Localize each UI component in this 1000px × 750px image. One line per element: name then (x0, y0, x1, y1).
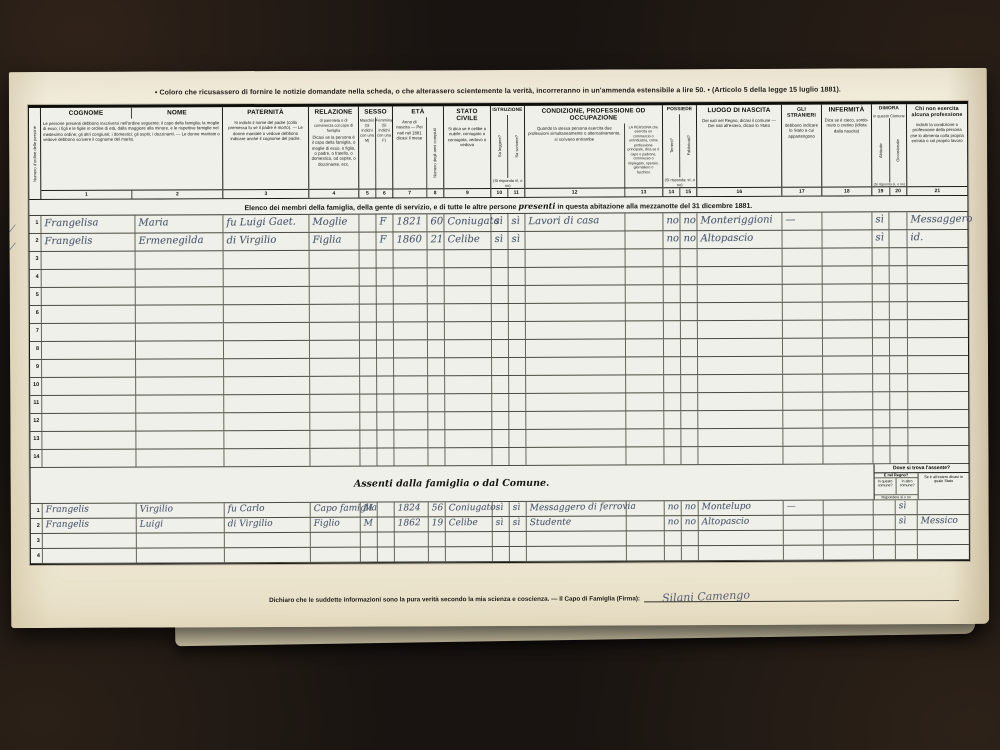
cell (310, 377, 360, 394)
cell (908, 302, 968, 319)
luogo-nascita-note: Dei nati nel Regno, dicasi il comune — D… (697, 116, 781, 187)
handwritten-entry: Lavori di casa (528, 215, 599, 227)
cell: — (784, 501, 824, 515)
cell (908, 374, 968, 391)
cell (394, 412, 428, 429)
colnum-7: 7 (393, 189, 427, 197)
cell (822, 212, 872, 229)
handwritten-entry: F (379, 216, 386, 227)
handwritten-entry: sì (513, 518, 521, 528)
row-number: 1 (35, 220, 38, 226)
row-number: 2 (35, 238, 38, 244)
cell: 12 (30, 414, 42, 431)
cell (136, 431, 224, 448)
cell: 10 (30, 378, 42, 395)
cell (360, 449, 377, 466)
handwritten-entry: 1860 (396, 234, 422, 245)
row-number: 1 (37, 508, 40, 514)
declaration-line: Dichiaro che le suddette informazioni so… (269, 587, 959, 604)
cell (310, 251, 360, 268)
colnum-15: 15 (680, 188, 696, 196)
occasionale-label: Occasionale (895, 139, 900, 162)
colnum-17: 17 (782, 188, 821, 196)
colnum-3: 3 (223, 190, 308, 198)
cell (874, 500, 896, 514)
cell (890, 302, 908, 319)
cell (873, 266, 890, 283)
nome-title: NOME (132, 107, 222, 118)
cell (783, 393, 823, 410)
cell (527, 531, 627, 545)
col-istruzione: ISTRUZIONE Sa leggere? Sa scrivere? (Si … (491, 106, 525, 197)
cell (908, 266, 968, 283)
col-relazione: RELAZIONE di parentela o di convivenza c… (309, 107, 359, 198)
cell: no (682, 516, 699, 530)
paternita-title: PATERNITÀ (223, 107, 308, 118)
cell (526, 267, 626, 284)
cell (665, 546, 682, 560)
cell (42, 306, 136, 323)
cell (377, 394, 394, 411)
cell (626, 267, 664, 284)
istruzione-note: (Si risponda sì, o no) (491, 178, 524, 188)
handwritten-entry: sì (496, 503, 504, 513)
handwritten-entry: no (668, 517, 679, 527)
cell: sì (872, 212, 889, 229)
cell (359, 215, 376, 232)
cell (873, 374, 890, 391)
cell (627, 516, 665, 530)
cell (890, 392, 908, 409)
cell: 21 (427, 232, 444, 249)
cell (908, 338, 968, 355)
cell: no (680, 231, 697, 248)
where-is-absentee-box: Dove si trova l'assente? È nel Regno? in… (874, 464, 969, 499)
row-number: 7 (36, 328, 39, 334)
col-numero-ordine: Numero d'ordine delle persone (29, 108, 41, 199)
cell (823, 266, 873, 283)
handwritten-entry: Messaggero (910, 214, 972, 226)
handwritten-entry: sì (899, 516, 907, 526)
cell (310, 341, 360, 358)
cell (698, 321, 783, 338)
handwritten-entry: sì (494, 216, 503, 227)
cell (310, 359, 360, 376)
cell (873, 392, 890, 409)
cell (682, 531, 699, 545)
cell (377, 412, 394, 429)
cell (681, 267, 698, 284)
cell (626, 303, 664, 320)
cell (890, 284, 908, 301)
cell (42, 414, 136, 431)
cell (446, 532, 493, 546)
cell (310, 431, 360, 448)
cell (699, 531, 784, 545)
cell (783, 303, 823, 320)
caption-pre: Elenco dei membri della famiglia, della … (244, 204, 516, 212)
cell: Coniugata (444, 214, 491, 231)
cell: sì (896, 500, 918, 514)
cell: sì (508, 232, 525, 249)
handwritten-entry: sì (875, 214, 884, 225)
cell (698, 339, 783, 356)
cell (664, 321, 681, 338)
cell (698, 393, 783, 410)
cell (626, 375, 664, 392)
cell: Figlia (309, 233, 359, 250)
handwritten-entry: Messico (921, 516, 958, 527)
cell (445, 340, 492, 357)
cell (664, 267, 681, 284)
cell: Virgilio (137, 503, 225, 517)
cell: 3 (30, 252, 42, 269)
row-number: 9 (36, 364, 39, 370)
cell (445, 358, 492, 375)
cell (509, 304, 526, 321)
handwritten-entry: Frangelisa (44, 217, 98, 229)
cell (664, 375, 681, 392)
estero-label: Se è all'estero dicasi in quale Stato (919, 473, 969, 499)
cell (783, 249, 823, 266)
cell (908, 248, 968, 265)
row-number: 13 (33, 436, 39, 442)
cell (445, 412, 492, 429)
cell (137, 533, 225, 547)
cell (784, 546, 824, 560)
table-row: 4 (31, 545, 969, 564)
col-possiede: POSSIEDE Terreni? Fabbricati? (Si rispon… (663, 105, 697, 196)
cell (360, 341, 377, 358)
handwritten-entry: sì (511, 216, 520, 227)
col-stato-civile: STATO CIVILE Si dica se è celibe o nubil… (444, 106, 491, 197)
cell (626, 285, 664, 302)
cell (873, 338, 890, 355)
cell (509, 412, 526, 429)
cell (492, 376, 509, 393)
abituale-label: Abituale (878, 143, 883, 158)
cell (890, 248, 908, 265)
cell (377, 340, 394, 357)
pen-mark: ⁄ (11, 224, 13, 235)
colnum-18: 18 (822, 187, 871, 195)
cell (698, 267, 783, 284)
handwritten-entry: F (379, 234, 386, 245)
cell (394, 376, 428, 393)
cell (361, 548, 378, 562)
terreni-label: Terreni? (669, 138, 674, 153)
cell (509, 268, 526, 285)
handwritten-entry: sì (875, 232, 884, 243)
possiede-note: (Si risponda: sì, o no) (663, 177, 696, 187)
relazione-title: RELAZIONE (309, 107, 358, 118)
cell: 19 (429, 517, 446, 531)
cell (394, 448, 428, 465)
cell (445, 448, 492, 465)
colnum-21: 21 (907, 187, 967, 195)
handwritten-entry: M (364, 504, 373, 514)
cell (890, 266, 908, 283)
dimora-title: DIMORA (872, 104, 906, 113)
handwritten-entry: Studente (530, 517, 572, 528)
cell: F (376, 232, 393, 249)
cell: 4 (30, 270, 42, 287)
questo-comune-label: in questo comune? (875, 478, 897, 494)
head-of-family-signature: Silani Camengo (662, 588, 750, 604)
cell (874, 515, 896, 529)
row-number: 4 (36, 274, 39, 280)
possiede-title: POSSIEDE (663, 105, 696, 114)
cell (360, 359, 377, 376)
cell (492, 304, 509, 321)
cell (890, 338, 908, 355)
col-sesso: SESSO Maschio (Si indichi con una M) Fem… (359, 106, 393, 197)
cell (918, 545, 978, 559)
cell: Coniugato (446, 502, 493, 516)
cell: no (665, 501, 682, 515)
cell (783, 339, 823, 356)
cell (783, 285, 823, 302)
cell (360, 431, 377, 448)
cell (378, 502, 395, 516)
sesso-title: SESSO (359, 106, 392, 117)
cell (428, 340, 445, 357)
cell: 4 (31, 549, 43, 563)
cell (310, 413, 360, 430)
handwritten-entry: no (668, 502, 679, 512)
col-chi-non-esercita: Chi non esercita alcuna professione indi… (907, 104, 967, 195)
cell (823, 392, 873, 409)
femmina-note: (Si indichi con una F) (376, 122, 392, 142)
cell (509, 394, 526, 411)
handwritten-entry: 21 (430, 234, 443, 245)
cell: 14 (30, 450, 42, 467)
colnum-6: 6 (376, 189, 392, 197)
infermita-title: INFERMITÀ (822, 104, 871, 115)
cell: 8 (30, 342, 42, 359)
cell: 9 (30, 360, 42, 377)
cell (627, 546, 665, 560)
cell (823, 302, 873, 319)
cell (699, 546, 784, 560)
handwritten-entry: 60 (430, 216, 443, 227)
condizione-note: Quando la stessa persona esercita due pr… (525, 123, 624, 187)
cell (626, 339, 664, 356)
cell (664, 411, 681, 428)
cell (395, 547, 429, 561)
cell (42, 360, 136, 377)
cell (626, 447, 664, 464)
cell (224, 287, 310, 304)
handwritten-entry: Coniugata (447, 216, 499, 228)
cell: fu Carlo (225, 503, 311, 517)
cell (823, 374, 873, 391)
handwritten-entry: 56 (432, 503, 444, 513)
cell (509, 376, 526, 393)
cell (136, 287, 224, 304)
cell (445, 394, 492, 411)
cell (310, 269, 360, 286)
cell: Frangelisa (41, 216, 135, 233)
cell (873, 446, 890, 463)
cell (783, 411, 823, 428)
cell: sì (491, 214, 508, 231)
cell: sì (872, 230, 889, 247)
cell (445, 322, 492, 339)
cell (377, 286, 394, 303)
cell (492, 268, 509, 285)
cell (873, 320, 890, 337)
cell (509, 340, 526, 357)
cell (42, 378, 136, 395)
cell (681, 411, 698, 428)
cell (360, 251, 377, 268)
cell: sì (493, 502, 510, 516)
cell (823, 446, 873, 463)
cell (136, 251, 224, 268)
pen-mark: ⁄ (12, 242, 14, 253)
stato-civile-note: Si dica se è celibe o nubile, coniugato … (444, 124, 490, 188)
sa-scrivere-label: Sa scrivere? (514, 135, 519, 158)
cell (225, 533, 311, 547)
cell (824, 545, 874, 559)
handwritten-entry: 1862 (398, 518, 421, 528)
cell (429, 532, 446, 546)
cell (681, 393, 698, 410)
colnum-16: 16 (697, 188, 781, 196)
cell (824, 530, 874, 544)
handwritten-entry: sì (513, 503, 521, 513)
cell (310, 449, 360, 466)
cell (823, 320, 873, 337)
cell: 13 (30, 432, 42, 449)
colnum-14: 14 (663, 188, 680, 196)
handwritten-entry: sì (496, 518, 504, 528)
cell (873, 248, 890, 265)
cell (224, 449, 310, 466)
handwritten-entry: sì (494, 234, 503, 245)
cell (783, 375, 823, 392)
luogo-nascita-title: LUOGO DI NASCITA (697, 105, 781, 116)
handwritten-entry: Altopascio (700, 233, 753, 245)
cell (394, 430, 428, 447)
handwritten-entry: no (685, 517, 696, 527)
cell (698, 249, 783, 266)
cell (824, 500, 874, 514)
where-box-title: Dove si trova l'assente? (875, 464, 969, 473)
handwritten-entry: no (685, 502, 696, 512)
cell (377, 322, 394, 339)
cell: Altopascio (699, 516, 784, 530)
infermita-note: Dica se è cieco, sordo-muto o cretino (i… (822, 115, 871, 186)
col-cognome-nome: COGNOME NOME Le persone presenti debbono… (41, 107, 223, 199)
cell (42, 396, 136, 413)
colnum-19: 19 (872, 187, 890, 195)
cell (224, 359, 310, 376)
cell (428, 358, 445, 375)
cell (492, 250, 509, 267)
cell: F (376, 214, 393, 231)
row-number: 4 (37, 553, 40, 559)
cognome-title: COGNOME (41, 108, 132, 119)
cell: Figlio (311, 518, 361, 532)
cell (908, 428, 968, 445)
cell (429, 547, 446, 561)
cell (681, 249, 698, 266)
cell (428, 250, 445, 267)
cell (823, 356, 873, 373)
cell (136, 395, 224, 412)
cell (890, 446, 908, 463)
handwritten-entry: sì (511, 234, 520, 245)
cell (627, 531, 665, 545)
handwritten-entry: no (666, 215, 679, 226)
cell (360, 413, 377, 430)
handwritten-entry: id. (910, 232, 923, 243)
cell: sì (896, 515, 918, 529)
cell (874, 530, 896, 544)
handwritten-entry: Messaggero di ferrovia (530, 502, 636, 514)
cell (526, 375, 626, 392)
cell: no (663, 213, 680, 230)
col-stranieri: GLI STRANIERI debbono indicare lo Stato … (782, 105, 822, 196)
cell (681, 429, 698, 446)
cell (509, 448, 526, 465)
cell (698, 285, 783, 302)
cell (890, 428, 908, 445)
cell (526, 411, 626, 428)
cell (874, 545, 896, 559)
cell (428, 448, 445, 465)
handwritten-entry: Virgilio (140, 504, 173, 514)
handwritten-entry: Figlia (312, 235, 341, 246)
cell (822, 230, 872, 247)
handwritten-entry: Frangelis (46, 520, 89, 531)
cell: Frangelis (41, 234, 135, 251)
col-luogo-nascita: LUOGO DI NASCITA Dei nati nel Regno, dic… (697, 105, 782, 196)
cell (428, 430, 445, 447)
cell (783, 267, 823, 284)
cell (394, 268, 428, 285)
cell (492, 430, 509, 447)
cell (492, 394, 509, 411)
cell (625, 213, 663, 230)
cell (783, 321, 823, 338)
relazione-subtitle: di parentela o di convivenza col capo di… (309, 118, 358, 133)
cell (896, 530, 918, 544)
cell (664, 429, 681, 446)
colnum-12: 12 (525, 188, 625, 196)
present-rows: 1FrangelisaMariafu Luigi Gaet.MoglieF182… (29, 212, 968, 468)
col-paternita: PATERNITÀ Si indichi il nome del padre (… (223, 107, 309, 198)
handwritten-entry: no (666, 233, 679, 244)
cell (525, 231, 625, 248)
colnum-4: 4 (309, 190, 358, 198)
handwritten-entry: Moglie (312, 216, 347, 228)
stato-civile-title: STATO CIVILE (444, 106, 490, 124)
cell: 6 (30, 306, 42, 323)
fabbricati-label: Fabbricati? (686, 136, 691, 156)
stranieri-title: GLI STRANIERI (782, 105, 821, 121)
cell (509, 358, 526, 375)
cell (908, 410, 968, 427)
cell (428, 412, 445, 429)
handwritten-entry: Maria (138, 217, 168, 228)
cell (873, 302, 890, 319)
cell (784, 531, 824, 545)
cell (783, 357, 823, 374)
cell: fu Luigi Gaet. (223, 215, 309, 232)
